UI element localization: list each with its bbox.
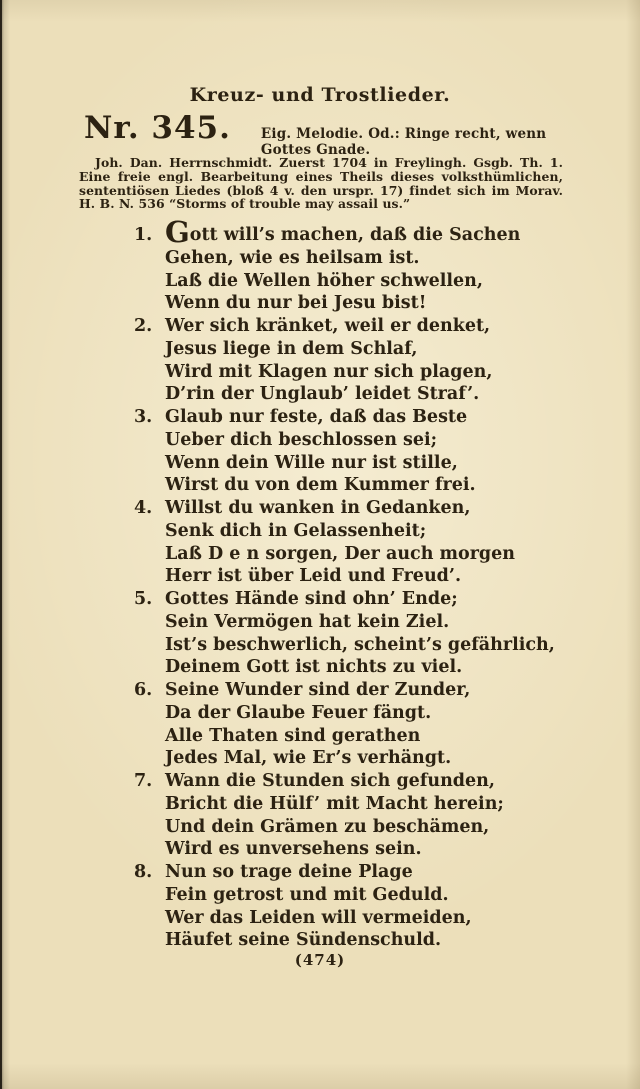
verse-line: Jesus liege in dem Schlaf, — [165, 338, 574, 361]
verse-line: Ist’s beschwerlich, scheint’s gefährlich… — [165, 634, 574, 657]
verse-5: 5. Gottes Hände sind ohn’ Ende; Sein Ver… — [134, 588, 574, 679]
verse-3: 3. Glaub nur feste, daß das Beste Ueber … — [134, 406, 574, 497]
verse-list: 1. Gott will’s machen, daß die Sachen Ge… — [134, 224, 574, 952]
verse-line: Wer sich kränket, weil er denket, — [165, 315, 574, 338]
running-header: Kreuz- und Trostlieder. — [0, 84, 640, 106]
verse-1: 1. Gott will’s machen, daß die Sachen Ge… — [134, 224, 574, 315]
verse-number: 4. — [134, 497, 158, 588]
verse-line: D’rin der Unglaub’ leidet Straf’. — [165, 383, 574, 406]
verse-line: Wird es unversehens sein. — [165, 838, 574, 861]
page-number: (474) — [0, 951, 640, 969]
verse-number: 6. — [134, 679, 158, 770]
verse-6: 6. Seine Wunder sind der Zunder, Da der … — [134, 679, 574, 770]
verse-number: 7. — [134, 770, 158, 861]
verse-number: 5. — [134, 588, 158, 679]
verse-line: Bricht die Hülf’ mit Macht herein; — [165, 793, 574, 816]
hymn-number: Nr. 345. — [84, 110, 231, 146]
verse-line: Alle Thaten sind gerathen — [165, 725, 574, 748]
verse-number: 2. — [134, 315, 158, 406]
verse-number: 1. — [134, 224, 158, 315]
verse-line: Fein getrost und mit Geduld. — [165, 884, 574, 907]
verse-line: Wenn dein Wille nur ist stille, — [165, 452, 574, 475]
verse-line: Laß D e n sorgen, Der auch morgen — [165, 543, 574, 566]
verse-line: Wann die Stunden sich gefunden, — [165, 770, 574, 793]
verse-line: Wenn du nur bei Jesu bist! — [165, 292, 574, 315]
verse-line: Da der Glaube Feuer fängt. — [165, 702, 574, 725]
verse-line: Nun so trage deine Plage — [165, 861, 574, 884]
verse-7: 7. Wann die Stunden sich gefunden, Brich… — [134, 770, 574, 861]
verse-8: 8. Nun so trage deine Plage Fein getrost… — [134, 861, 574, 952]
verse-line: Senk dich in Gelassenheit; — [165, 520, 574, 543]
verse-number: 8. — [134, 861, 158, 952]
drop-initial: G — [165, 215, 190, 249]
verse-line: Häufet seine Sündenschuld. — [165, 929, 574, 952]
verse-line: Seine Wunder sind der Zunder, — [165, 679, 574, 702]
verse-line: Wird mit Klagen nur sich plagen, — [165, 361, 574, 384]
verse-line: Gehen, wie es heilsam ist. — [165, 247, 574, 270]
verse-4: 4. Willst du wanken in Gedanken, Senk di… — [134, 497, 574, 588]
verse-line: Ueber dich beschlossen sei; — [165, 429, 574, 452]
verse-number: 3. — [134, 406, 158, 497]
verse-line: Willst du wanken in Gedanken, — [165, 497, 574, 520]
verse-line: Jedes Mal, wie Er’s verhängt. — [165, 747, 574, 770]
verse-line: Deinem Gott ist nichts zu viel. — [165, 656, 574, 679]
hymn-heading: Nr. 345. Eig. Melodie. Od.: Ringe recht,… — [84, 110, 580, 158]
verse-line: Wirst du von dem Kummer frei. — [165, 474, 574, 497]
scanned-hymnal-page: Kreuz- und Trostlieder. Nr. 345. Eig. Me… — [0, 0, 640, 1089]
verse-line: Und dein Grämen zu beschämen, — [165, 816, 574, 839]
verse-line: Gott will’s machen, daß die Sachen — [165, 224, 574, 247]
verse-line: Gottes Hände sind ohn’ Ende; — [165, 588, 574, 611]
verse-line: Wer das Leiden will vermeiden, — [165, 907, 574, 930]
verse-2: 2. Wer sich kränket, weil er denket, Jes… — [134, 315, 574, 406]
verse-line: Sein Vermögen hat kein Ziel. — [165, 611, 574, 634]
verse-line: Herr ist über Leid und Freud’. — [165, 565, 574, 588]
melody-note: Eig. Melodie. Od.: Ringe recht, wenn Got… — [261, 126, 580, 158]
verse-line: Glaub nur feste, daß das Beste — [165, 406, 574, 429]
verse-line: Laß die Wellen höher schwellen, — [165, 270, 574, 293]
attribution-note: Joh. Dan. Herrnschmidt. Zuerst 1704 in F… — [79, 156, 563, 211]
